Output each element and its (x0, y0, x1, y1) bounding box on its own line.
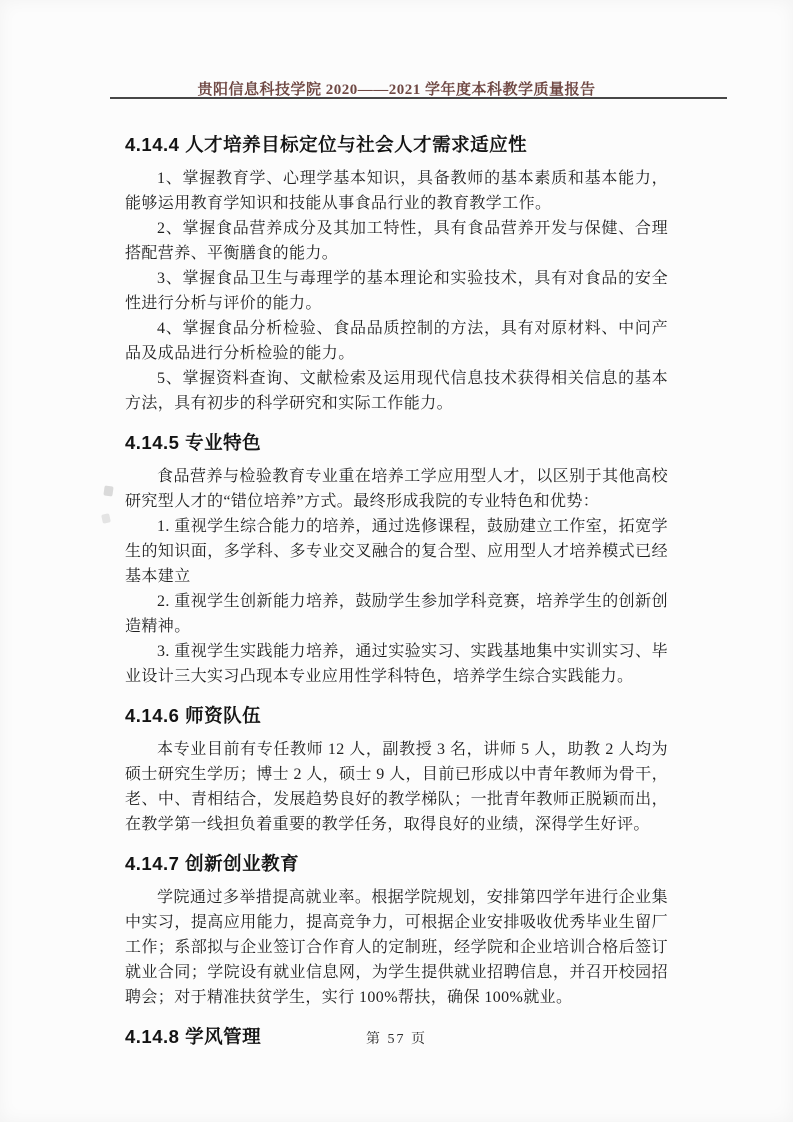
paragraph: 食品营养与检验教育专业重在培养工学应用型人才，以区别于其他高校研究型人才的“错位… (125, 464, 668, 514)
paragraph: 本专业目前有专任教师 12 人，副教授 3 名，讲师 5 人，助教 2 人均为硕… (125, 737, 668, 837)
paragraph: 2. 重视学生创新能力培养，鼓励学生参加学科竞赛，培养学生的创新创造精神。 (125, 589, 668, 639)
paragraph: 1、掌握教育学、心理学基本知识，具备教师的基本素质和基本能力，能够运用教育学知识… (125, 166, 668, 216)
header-rule (110, 97, 727, 99)
running-header-title: 贵阳信息科技学院 2020——2021 学年度本科教学质量报告 (0, 78, 793, 99)
section-heading-4-14-7: 4.14.7 创新创业教育 (125, 850, 668, 876)
page-number: 第 57 页 (0, 1028, 793, 1048)
paragraph: 学院通过多举措提高就业率。根据学院规划，安排第四学年进行企业集中实习，提高应用能… (125, 885, 668, 1010)
paragraph: 3、掌握食品卫生与毒理学的基本理论和实验技术，具有对食品的安全性进行分析与评价的… (125, 266, 668, 316)
document-page: 贵阳信息科技学院 2020——2021 学年度本科教学质量报告 4.14.4 人… (0, 0, 793, 1122)
scan-smudge (103, 485, 113, 496)
section-heading-4-14-5: 4.14.5 专业特色 (125, 429, 668, 455)
paragraph: 4、掌握食品分析检验、食品品质控制的方法，具有对原材料、中问产品及成品进行分析检… (125, 316, 668, 366)
section-heading-4-14-4: 4.14.4 人才培养目标定位与社会人才需求适应性 (125, 131, 668, 157)
document-content: 4.14.4 人才培养目标定位与社会人才需求适应性 1、掌握教育学、心理学基本知… (125, 118, 668, 1058)
paragraph: 3. 重视学生实践能力培养，通过实验实习、实践基地集中实训实习、毕业设计三大实习… (125, 639, 668, 689)
paragraph: 1. 重视学生综合能力的培养，通过选修课程，鼓励建立工作室，拓宽学生的知识面，多… (125, 514, 668, 589)
paragraph: 5、掌握资料查询、文献检索及运用现代信息技术获得相关信息的基本方法，具有初步的科… (125, 366, 668, 416)
paragraph: 2、掌握食品营养成分及其加工特性，具有食品营养开发与保健、合理搭配营养、平衡膳食… (125, 216, 668, 266)
scan-smudge (101, 513, 111, 523)
section-heading-4-14-6: 4.14.6 师资队伍 (125, 702, 668, 728)
